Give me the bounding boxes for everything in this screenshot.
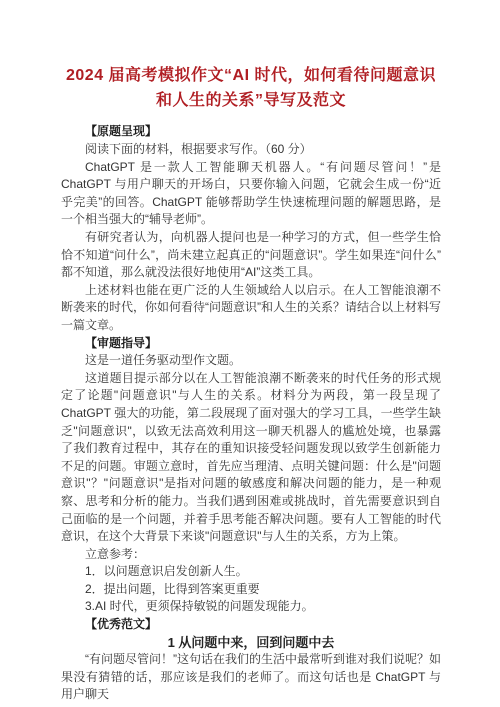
essay-title: 1 从问题中来，回到问题中去: [61, 634, 441, 652]
section-header-original-question: 【原题呈现】: [61, 123, 441, 141]
paragraph-essay-opening: “有问题尽管问！”这句话在我们的生活中最常听到谁对我们说呢？如果没有猜错的话，那…: [61, 651, 441, 704]
idea-item-1: 1．以问题意识启发创新人生。: [61, 563, 441, 581]
document-body: 【原题呈现】 阅读下面的材料，根据要求写作。（60 分） ChatGPT 是一款…: [61, 123, 441, 704]
paragraph-task-type: 这是一道任务驱动型作文题。: [61, 352, 441, 370]
paragraph-researcher-view: 有研究者认为，向机器人提问也是一种学习的方式，但一些学生恰恰不知道“问什么”，尚…: [61, 229, 441, 282]
paragraph-idea-reference-label: 立意参考：: [61, 546, 441, 564]
section-header-topic-guidance: 【审题指导】: [61, 335, 441, 353]
document-title: 2024 届高考模拟作文“AI 时代，如何看待问题意识 和人生的关系”导写及范文: [61, 63, 441, 113]
paragraph-instructions: 阅读下面的材料，根据要求写作。（60 分）: [61, 141, 441, 159]
document-page: 2024 届高考模拟作文“AI 时代，如何看待问题意识 和人生的关系”导写及范文…: [0, 0, 500, 707]
paragraph-chatgpt-intro: ChatGPT 是一款人工智能聊天机器人。“有问题尽管问！”是 ChatGPT …: [61, 159, 441, 229]
document-title-line-2: 和人生的关系”导写及范文: [61, 88, 441, 113]
paragraph-writing-task: 上述材料也能在更广泛的人生领域给人以启示。在人工智能浪潮不断袭来的时代，你如何看…: [61, 282, 441, 335]
idea-item-2: 2．提出问题，比得到答案更重要: [61, 581, 441, 599]
idea-item-3: 3.AI 时代，更须保持敏锐的问题发现能力。: [61, 598, 441, 616]
section-header-model-essay: 【优秀范文】: [61, 616, 441, 634]
paragraph-analysis: 这道题目提示部分以在人工智能浪潮不断袭来的时代任务的形式规定了论题"问题意识"与…: [61, 370, 441, 546]
document-title-line-1: 2024 届高考模拟作文“AI 时代，如何看待问题意识: [61, 63, 441, 88]
